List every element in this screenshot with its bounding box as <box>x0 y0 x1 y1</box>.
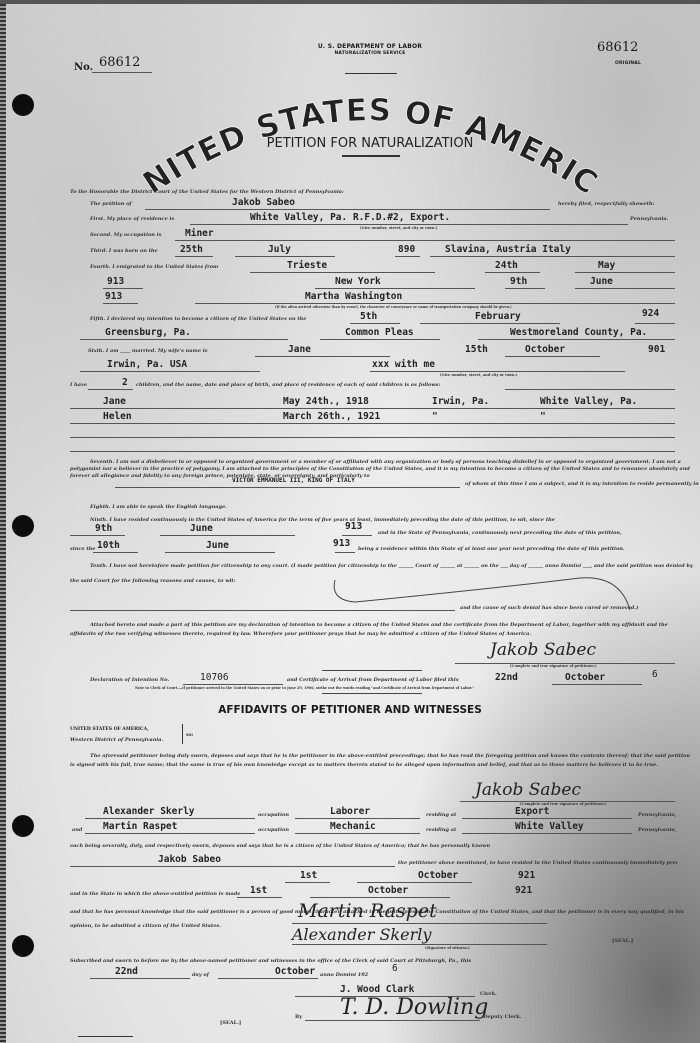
field-line <box>342 535 372 536</box>
emigrated-from-field: Trieste <box>287 260 327 271</box>
us-since-day-field: 1st <box>300 870 317 881</box>
field-line <box>505 389 675 390</box>
child-residence: " <box>540 411 546 422</box>
field-line <box>70 866 395 867</box>
arrival-day-field: 9th <box>510 276 527 287</box>
field-line <box>183 684 283 685</box>
declaration-month-field: February <box>475 311 521 322</box>
field-line <box>190 224 628 225</box>
court-address: To the Honorable the District Court of t… <box>70 189 344 195</box>
field-line <box>218 978 318 979</box>
occupation-label: occupation <box>258 812 289 818</box>
punch-hole <box>12 94 34 116</box>
subscribed-text: Subscribed and sworn to before me by the… <box>70 958 471 964</box>
witness-oath: each being severally, duly, and respecti… <box>70 843 695 850</box>
field-line <box>80 371 260 372</box>
sworn-day-field: 22nd <box>115 966 138 977</box>
child-birth-date: March 26th., 1921 <box>283 411 380 422</box>
field-line <box>175 240 675 241</box>
witness-residence: Export <box>515 806 549 817</box>
state-since-day-field: 1st <box>250 885 267 896</box>
number-label: No. <box>74 62 93 73</box>
marriage-label: Sixth. I am ____ married. My wife's name… <box>88 348 207 354</box>
field-line <box>315 288 475 289</box>
occupation-label: Second. My occupation is <box>90 232 161 238</box>
vessel-hint: (If the alien arrived otherwise than by … <box>275 305 512 309</box>
petition-number: 68612 <box>99 55 140 70</box>
residence-state: Pennsylvania. <box>630 216 668 222</box>
field-line <box>575 272 675 273</box>
venue-ss: ss: <box>186 732 193 738</box>
field-line <box>430 256 675 257</box>
state-residence-year-field: 913 <box>333 538 350 549</box>
children-label: children, and the name, date and place o… <box>136 382 440 388</box>
wife-resides-field: xxx with me <box>372 359 435 370</box>
petitioner-name-field: Jakob Sabeo <box>232 197 295 208</box>
witness-oath-mid2: and in the State in which the above-enti… <box>70 891 240 897</box>
petitioner-suffix: hereby filed, respectfully showeth: <box>558 201 654 207</box>
ninth-clause: Ninth. I have resided continuously in th… <box>90 517 555 523</box>
child-birth-place: Irwin, Pa. <box>432 396 489 407</box>
field-line <box>88 389 133 390</box>
residing-label: residing at <box>426 812 456 818</box>
state-since-month-field: October <box>368 885 408 896</box>
us-residence-year-field: 913 <box>345 521 362 532</box>
divider <box>92 72 152 73</box>
residence-label: First. My place of residence is <box>90 216 174 222</box>
divider <box>342 155 400 157</box>
emigration-month-field: May <box>598 260 615 271</box>
divider <box>345 73 397 74</box>
field-line <box>420 323 560 324</box>
occupation-label: occupation <box>258 827 289 833</box>
field-line <box>85 833 255 834</box>
child-birth-date: May 24th., 1918 <box>283 396 369 407</box>
emigration-year-field: 913 <box>107 276 124 287</box>
us-since-year-field: 921 <box>518 870 535 881</box>
attached-clause: Attached hereto and made a part of this … <box>70 621 695 638</box>
declaration-no-label: Declaration of Intention No. <box>90 677 169 683</box>
witness-occupation: Mechanic <box>330 821 376 832</box>
declaration-year-field: 924 <box>642 308 659 319</box>
wife-birth-month-field: October <box>525 344 565 355</box>
field-line <box>462 818 632 819</box>
field-line <box>175 256 213 257</box>
ninth-tail: being a residence within this State of a… <box>358 546 625 552</box>
punch-hole <box>12 935 34 957</box>
field-line <box>335 552 355 553</box>
seal-left: [SEAL.] <box>220 1020 241 1026</box>
witness-signature-martin: Martin Raspet <box>298 900 437 922</box>
naturalization-petition-page: U. S. DEPARTMENT OF LABOR NATURALIZATION… <box>0 0 700 1043</box>
birth-label: Third. I was born on the <box>90 248 158 254</box>
children-count-field: 2 <box>122 377 128 388</box>
department-label: U. S. DEPARTMENT OF LABOR <box>300 43 440 50</box>
declaration-court-field: Common Pleas <box>345 327 414 338</box>
field-line <box>295 818 420 819</box>
vessel-field: Martha Washington <box>305 291 402 302</box>
field-line <box>320 339 440 340</box>
declaration-place-field: Greensburg, Pa. <box>105 327 191 338</box>
deputy-label: Deputy Clerk. <box>483 1014 522 1020</box>
field-line <box>85 818 255 819</box>
brace <box>182 724 183 744</box>
field-line <box>395 256 420 257</box>
witness-petitioner-name-field: Jakob Sabeo <box>158 854 221 865</box>
arrival-month-field: June <box>590 276 613 287</box>
field-line <box>370 371 625 372</box>
field-line <box>70 437 675 438</box>
field-line <box>357 882 472 883</box>
declaration-day-field: 5th <box>360 311 377 322</box>
field-line <box>505 356 600 357</box>
by-label: By <box>295 1014 302 1020</box>
declaration-no-field: 10706 <box>200 672 229 683</box>
birth-month-field: July <box>268 244 291 255</box>
residing-label: residing at <box>426 827 456 833</box>
wife-birth-place-field: Irwin, Pa. USA <box>107 359 187 370</box>
witness-name: Alexander Skerly <box>103 806 195 817</box>
occupation-field: Miner <box>185 228 214 239</box>
affidavits-heading: AFFIDAVITS OF PETITIONER AND WITNESSES <box>150 704 550 716</box>
clerk-note: Note to Clerk of Court.—If petitioner ar… <box>135 686 474 690</box>
field-line <box>305 1020 480 1021</box>
certificate-day-field: 22nd <box>495 672 518 683</box>
seventh-clause: Seventh. I am not a disbeliever in or op… <box>70 459 695 480</box>
original-label: ORIGINAL <box>615 61 641 66</box>
sovereign-field: VICTOR EMMANUEL III, KING OF ITALY <box>232 477 355 484</box>
petitioner-affidavit-signature: Jakob Sabec <box>475 780 581 800</box>
us-residence-day-field: 9th <box>95 523 112 534</box>
field-line <box>350 323 400 324</box>
us-since-month-field: October <box>418 870 458 881</box>
state-label: Pennsylvania, <box>638 827 676 833</box>
child-residence: White Valley, Pa. <box>540 396 637 407</box>
birth-place-field: Slavina, Austria Italy <box>445 244 571 255</box>
field-line <box>285 882 330 883</box>
field-line <box>462 833 632 834</box>
divider <box>322 670 422 671</box>
petitioner-signature: Jakob Sabec <box>490 640 596 660</box>
field-line <box>295 833 420 834</box>
child-name: Helen <box>103 411 132 422</box>
child-birth-place: " <box>432 411 438 422</box>
emigration-day-field: 24th <box>495 260 518 271</box>
state-residence-day-field: 10th <box>97 540 120 551</box>
arrival-year-field: 913 <box>105 291 122 302</box>
field-line <box>93 552 138 553</box>
us-residence-month-field: June <box>190 523 213 534</box>
field-line <box>90 978 190 979</box>
field-line <box>165 552 275 553</box>
wife-birth-year-field: 901 <box>648 344 665 355</box>
punch-hole <box>12 815 34 837</box>
emigration-label: Fourth. I emigrated to the United States… <box>90 264 218 270</box>
venue-line2: Western District of Pennsylvania. <box>70 737 163 743</box>
field-line <box>250 272 435 273</box>
certificate-month-field: October <box>565 672 605 683</box>
divider <box>78 1036 133 1037</box>
certificate-year-field: 6 <box>652 669 658 680</box>
sworn-year-field: 6 <box>392 963 398 974</box>
field-line <box>255 356 390 357</box>
clerk-name-field: J. Wood Clark <box>340 984 414 995</box>
field-line <box>237 897 282 898</box>
field-line <box>103 303 138 304</box>
seventh-tail: of whom at this time I am a subject, and… <box>465 481 700 487</box>
field-line <box>292 944 547 945</box>
top-right-number: 68612 <box>597 40 638 55</box>
divider <box>322 693 422 694</box>
seal-right: [SEAL.] <box>612 938 633 944</box>
signature-hint: (Complete and true signature of petition… <box>510 664 597 668</box>
witness-prefix: and <box>72 827 82 833</box>
arrival-port-field: New York <box>335 276 381 287</box>
punch-hole <box>12 515 34 537</box>
petitioner-oath: The aforesaid petitioner being duly swor… <box>70 752 695 769</box>
petitioner-label: The petition of <box>90 201 132 207</box>
sworn-month-field: October <box>275 966 315 977</box>
field-line <box>292 923 547 924</box>
field-line <box>635 323 675 324</box>
field-line <box>160 535 295 536</box>
declaration-county-field: Westmoreland County, Pa. <box>510 327 647 338</box>
wife-birth-day-field: 15th <box>465 344 488 355</box>
witness-name: Martin Raspet <box>103 821 177 832</box>
field-line <box>103 288 143 289</box>
birth-day-field: 25th <box>180 244 203 255</box>
field-line <box>235 256 335 257</box>
state-residence-month-field: June <box>206 540 229 551</box>
eighth-clause: Eighth. I am able to speak the English l… <box>90 504 227 510</box>
field-line <box>575 288 675 289</box>
child-name: Jane <box>103 396 126 407</box>
service-label: NATURALIZATION SERVICE <box>300 51 440 56</box>
subtitle: PETITION FOR NATURALIZATION <box>200 136 540 151</box>
field-line <box>70 423 675 424</box>
witness-oath-mid: the petitioner above mentioned, to have … <box>398 860 678 866</box>
field-line <box>70 451 675 452</box>
state-label: Pennsylvania, <box>638 812 676 818</box>
deputy-signature: T. D. Dowling <box>340 995 488 1020</box>
field-line <box>70 408 675 409</box>
field-line <box>195 303 675 304</box>
declaration-label: Fifth. I declared my intention to become… <box>90 316 306 322</box>
witness-residence: White Valley <box>515 821 584 832</box>
ninth-mid: and in the State of Pennsylvania, contin… <box>378 530 622 536</box>
witness-signature-alexander: Alexander Skerly <box>292 925 431 944</box>
residence-field: White Valley, Pa. R.F.D.#2, Export. <box>250 212 450 223</box>
field-line <box>552 684 642 685</box>
field-line <box>505 288 545 289</box>
certificate-label: and Certificate of Arrival from Departme… <box>287 677 459 683</box>
strike-curve <box>330 570 640 620</box>
venue-line1: UNITED STATES OF AMERICA, <box>70 727 149 732</box>
residence-hint: (Give number, street, and city or town.) <box>360 226 437 230</box>
field-line <box>115 487 460 488</box>
field-line <box>485 272 540 273</box>
birth-year-field: 890 <box>398 244 415 255</box>
witness-occupation: Laborer <box>330 806 370 817</box>
wife-resides-hint: (Give number, street, and city or town.) <box>440 373 517 377</box>
witness-signature-hint: (Signature of witness.) <box>425 946 470 950</box>
field-line <box>478 339 675 340</box>
field-line <box>145 209 550 210</box>
field-line <box>70 535 125 536</box>
state-since-year-field: 921 <box>515 885 532 896</box>
field-line <box>310 897 450 898</box>
field-line <box>80 339 288 340</box>
wife-name-field: Jane <box>288 344 311 355</box>
